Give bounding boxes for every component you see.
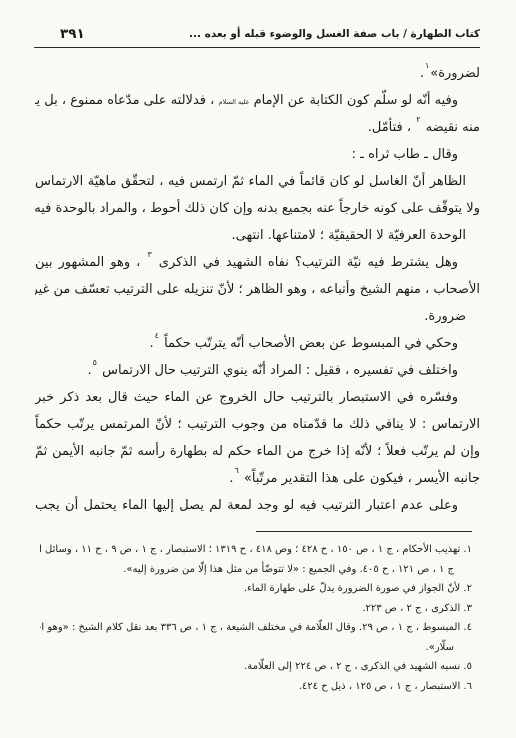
footnote-line: ١. تهذيب الأحكام ، ج ١ ، ص ١٥٠ ، ح ٤٢٨ ؛… [40, 540, 472, 560]
body-line: وهل يشترط فيه نيّة الترتيب؟ نفاه الشهيد … [35, 249, 480, 276]
footnote-line: ٥. نسبه الشهيد في الذكرى ، ج ٢ ، ص ٢٢٤ إ… [40, 657, 472, 677]
body-line: جانبه الأيسر ، فيكون على هذا التقدير مرت… [35, 465, 480, 492]
body-text: لضرورة»١.وفيه أنّه لو سلّم كون الكتابة ع… [35, 60, 480, 519]
running-head-title: كتاب الطهارة / باب صفة الغسل والوضوء قبل… [189, 28, 480, 40]
body-line: وقال ـ طاب ثراه ـ : [35, 141, 480, 168]
footnote-line: ٤. المبسوط ، ج ١ ، ص ٢٩. وقال العلّامة ف… [40, 618, 472, 638]
body-line: وإن لم يرتّب فعلاً ؛ لأنّه إذا خرج من ال… [35, 438, 480, 465]
body-line: منه نقيضه ٢ ، فتأمّل. [35, 114, 480, 141]
body-line: واختلف في تفسيره ، فقيل : المراد أنّه ين… [35, 357, 480, 384]
body-line: الظاهر أنّ الغاسل لو كان قائماً في الماء… [35, 168, 480, 195]
footnote-ref: ٣ [146, 250, 152, 259]
body-line: الوحدة العرفيّة لا الحقيقيّة ؛ لامتناعها… [35, 222, 480, 249]
body-line: وفيه أنّه لو سلّم كون الكتابة عن الإمام … [35, 87, 480, 114]
page-header: ٣٩١ كتاب الطهارة / باب صفة الغسل والوضوء… [36, 26, 480, 46]
body-line: وحكي في المبسوط عن بعض الأصحاب أنّه يترت… [35, 330, 480, 357]
body-line: الأصحاب ، منهم الشيخ وأتباعه ، وهو الظاه… [35, 276, 480, 303]
footnote-ref: ٤ [154, 331, 160, 340]
body-line: وفسّره في الاستبصار بالترتيب حال الخروج … [35, 384, 480, 411]
footnote-line: ج ١ ، ص ١٢١ ، ح ٤٠٥. وفي الجميع : «لا تت… [40, 560, 472, 580]
footnote-ref: ١ [424, 61, 430, 70]
honorific-mark: عليه السلام [218, 98, 249, 106]
footnotes-block: ١. تهذيب الأحكام ، ج ١ ، ص ١٥٠ ، ح ٤٢٨ ؛… [40, 540, 472, 696]
header-rule [34, 47, 480, 48]
body-line: الارتماس : لا ينافي ذلك ما قدّمناه من وج… [35, 411, 480, 438]
body-line: وعلى عدم اعتبار الترتيب فيه لو وجد لمعة … [35, 492, 480, 519]
body-line: ولا يتوقّف على كونه خارجاً عنه بجميع بدن… [35, 195, 480, 222]
body-line: ضرورة. [35, 303, 480, 330]
footnote-line: ٢. لأنّ الجواز في صورة الضرورة يدلّ على … [40, 579, 472, 599]
footnote-line: ٣. الذكرى ، ج ٢ ، ص ٢٢٣. [40, 599, 472, 619]
footnote-separator-rule [256, 531, 472, 532]
footnote-ref: ٦ [233, 466, 239, 475]
footnote-line: سلّار». [40, 638, 472, 658]
footnote-ref: ٢ [415, 115, 421, 124]
book-page: ٣٩١ كتاب الطهارة / باب صفة الغسل والوضوء… [0, 0, 516, 738]
body-line: لضرورة»١. [35, 60, 480, 87]
footnote-ref: ٥ [92, 358, 98, 367]
page-number: ٣٩١ [60, 26, 85, 42]
footnote-line: ٦. الاستبصار ، ج ١ ، ص ١٢٥ ، ذيل ح ٤٢٤. [40, 677, 472, 697]
